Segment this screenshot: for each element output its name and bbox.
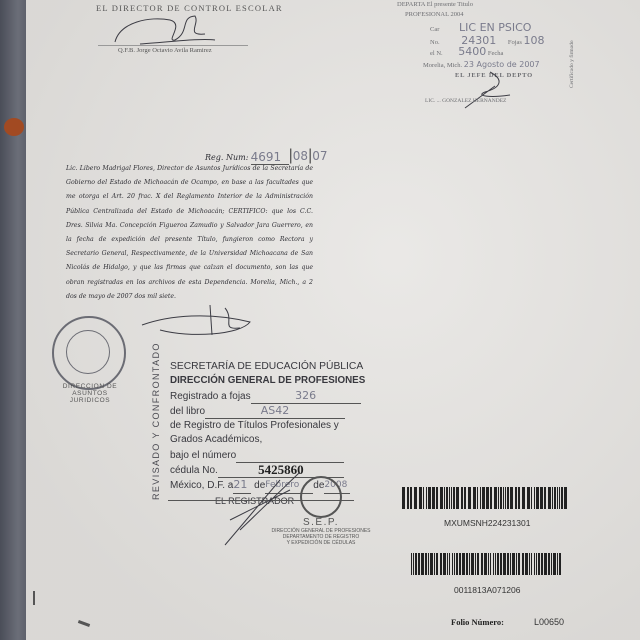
numero-label: bajo el número [170,450,236,461]
folio-label: Folio Número: [451,617,504,627]
libro-label: del libro [170,406,205,417]
stamp-book-label: el N. [430,50,443,57]
ink-speck [33,591,35,605]
director-signature [110,12,220,48]
stamp-place-label: Morelia, Mich. [423,62,462,69]
sep-subtitle: DIRECCIÓN GENERAL DE PROFESIONES [170,374,365,388]
stamp-book-value: 5400 [458,45,486,58]
certification-paragraph: Lic. Libero Madrigal Flores, Director de… [66,162,313,304]
sep-seal-line3: Y EXPEDICIÓN DE CÉDULAS [266,540,376,546]
stamp-place-date: 23 Agosto de 2007 [464,60,540,69]
reg-month: 08 [293,149,308,163]
stamp-career-label: Car [430,26,439,33]
michoacan-seal [52,316,126,390]
folio-value: L00650 [534,617,564,627]
director-name: Q.F.B. Jorge Octavio Avila Ramirez [118,47,212,54]
stamp-fojas-value: 108 [524,34,545,47]
seal-inner-ring [66,330,110,374]
fojas-value: 326 [251,389,361,404]
signature-line [98,45,248,46]
seal-caption-line1: DIRECCION DE [60,383,120,390]
sep-seal-text: S.E.P. DIRECCIÓN GENERAL DE PROFESIONES … [266,517,376,546]
sep-line6: Grados Académicos, [170,433,365,447]
fojas-label: Registrado a fojas [170,391,251,402]
barcode-2-value: 0011813A071206 [454,585,521,595]
rust-stain [4,118,24,136]
stamp-jefe-name: LIC. ... GONZALEZ HERNANDEZ [425,94,506,108]
stamp-date-label: Fecha [488,50,504,57]
sep-abbr: S.E.P. [266,517,376,528]
barcode-2 [411,553,561,575]
revisado-vertical-label: REVISADO Y CONFRONTADO [151,342,161,500]
seal-caption: DIRECCION DE ASUNTOS JURIDICOS [60,383,120,404]
libro-value: AS42 [205,404,345,419]
stamp-line1: DEPARTA El presente Titulo [397,1,473,8]
cedula-label: cédula No. [170,465,218,476]
stamp-fojas-label: Fojas [508,39,522,46]
stamp-career-value: LIC EN PSICO [459,21,531,34]
certifier-signature [140,300,260,345]
barcode-1 [402,487,567,509]
sep-line5: de Registro de Títulos Profesionales y [170,419,365,433]
sep-eagle-seal [300,476,342,518]
sep-title: SECRETARÍA DE EDUCACIÓN PÚBLICA [170,360,365,374]
stamp-vertical-text: Certificado y firmado [565,40,579,88]
barcode-1-value: MXUMSNH224231301 [444,518,530,528]
seal-caption-line2: ASUNTOS JURIDICOS [60,390,120,404]
stamp-line2: PROFESIONAL 2004 [405,11,463,18]
reg-label: Reg. Num: [205,153,248,162]
reg-year: 07 [312,149,327,163]
department-stamp: DEPARTA El presente Titulo PROFESIONAL 2… [395,0,575,105]
